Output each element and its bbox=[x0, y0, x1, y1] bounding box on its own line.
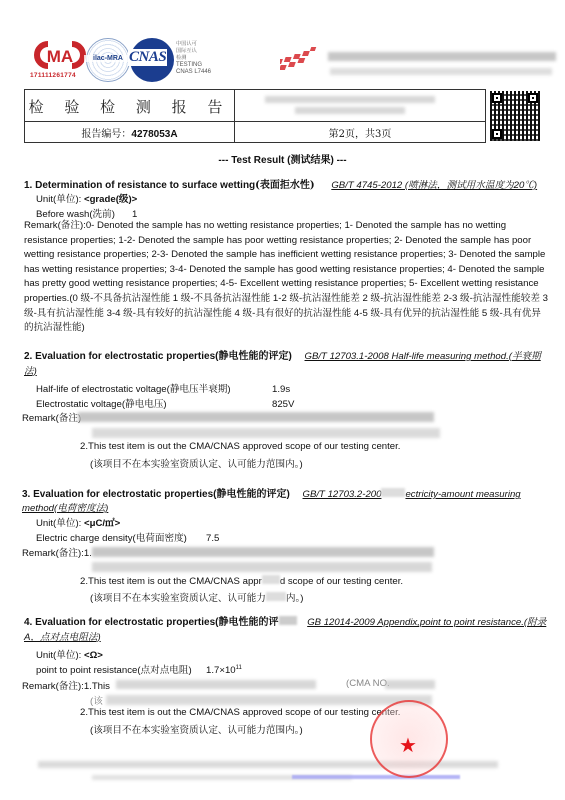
section-1-standard: GB/T 4745-2012 (喷淋法，测试用水温度为20℃) bbox=[331, 180, 537, 191]
contact-phone-redacted bbox=[295, 107, 405, 114]
section-1-remark: Remark(备注):0- Denoted the sample has no … bbox=[24, 219, 549, 336]
test-result-heading: --- Test Result (测试结果) --- bbox=[0, 151, 565, 166]
section-3-remark-2: 2.This test item is out the CMA/CNAS app… bbox=[80, 575, 403, 587]
section-1-title: 1. Determination of resistance to surfac… bbox=[24, 176, 537, 191]
section-4-remark-redacted bbox=[116, 680, 316, 689]
section-4-remark-2: 2.This test item is out the CMA/CNAS app… bbox=[80, 707, 400, 718]
section-4-remark-label: Remark(备注):1.This bbox=[22, 678, 110, 692]
section-3-row: Electric charge density(电荷面密度)7.5 bbox=[36, 530, 219, 544]
section-3-remark-label: Remark(备注):1. bbox=[22, 545, 92, 559]
section-4-remark-tail-redacted bbox=[385, 680, 435, 689]
section-3-title: 3. Evaluation for electrostatic properti… bbox=[22, 485, 521, 500]
qr-code bbox=[490, 91, 540, 141]
section-2-title: 2. Evaluation for electrostatic properti… bbox=[24, 350, 549, 379]
section-2-remark-redacted bbox=[78, 412, 434, 422]
report-header-table: 检 验 检 测 报 告 报告编号：4278053A 第2页，共3页 bbox=[24, 89, 486, 143]
cma-logo: MA bbox=[34, 40, 86, 70]
section-4-title: 4. Evaluation for electrostatic properti… bbox=[24, 616, 549, 645]
company-name-en-redacted bbox=[330, 68, 552, 75]
company-logo bbox=[280, 45, 320, 73]
cnas-side-text: 中国认可 国际互认 检测 TESTING CNAS L7446 bbox=[176, 41, 211, 76]
cnas-label: CNAS bbox=[128, 49, 167, 66]
section-4-remark-tail: (CMA NO. bbox=[346, 678, 390, 689]
section-1-unit: Unit(单位): <grade(级)> bbox=[36, 191, 137, 205]
section-4-remark-cn-redacted bbox=[106, 695, 432, 705]
ilac-mra-label: ilac-MRA bbox=[84, 55, 132, 62]
section-3-remark-2-cn: (该项目不在本实验室资质认定、认可能力内。) bbox=[90, 590, 303, 604]
company-name-redacted bbox=[328, 52, 556, 61]
section-3-standard-cont: method(电荷密度法) bbox=[22, 500, 108, 514]
section-2-remark-2-cn: (该项目不在本实验室资质认定、认可能力范围内。) bbox=[90, 456, 303, 470]
section-2-remark-label: Remark(备注) bbox=[22, 410, 81, 424]
section-1-row: Before wash(洗前)1 bbox=[36, 206, 137, 220]
report-title: 检 验 检 测 报 告 bbox=[25, 96, 234, 117]
section-3-standard: GB/T 12703.2-200ectricity-amount measuri… bbox=[303, 489, 521, 500]
section-3-unit: Unit(单位): <μC/㎡> bbox=[36, 515, 120, 529]
section-4-remark-2-cn: (该项目不在本实验室资质认定、认可能力范围内。) bbox=[90, 722, 303, 736]
section-2-row-2: Electrostatic voltage(静电电压)825V bbox=[36, 396, 294, 410]
section-3-remark-cn-redacted bbox=[92, 562, 432, 572]
seal-star-icon: ★ bbox=[399, 733, 417, 758]
section-2-remark-2: 2.This test item is out the CMA/CNAS app… bbox=[80, 441, 400, 452]
section-2-remark-cn-redacted bbox=[92, 428, 440, 438]
section-4-remark-cn-head: (该 bbox=[90, 693, 103, 707]
report-number: 报告编号：4278053A bbox=[25, 125, 234, 140]
contact-info-redacted bbox=[265, 96, 435, 103]
section-4-row: point to point resistance(点对点电阻)1.7×1011 bbox=[36, 662, 242, 676]
section-4-unit: Unit(单位): <Ω> bbox=[36, 647, 103, 661]
page-info: 第2页，共3页 bbox=[235, 125, 485, 140]
section-2-row-1: Half-life of electrostatic voltage(静电压半衰… bbox=[36, 381, 290, 395]
svg-text:MA: MA bbox=[47, 47, 73, 66]
section-3-remark-redacted bbox=[92, 547, 434, 557]
cma-number: 171111261774 bbox=[30, 72, 76, 79]
footer-link-redacted bbox=[292, 775, 460, 779]
